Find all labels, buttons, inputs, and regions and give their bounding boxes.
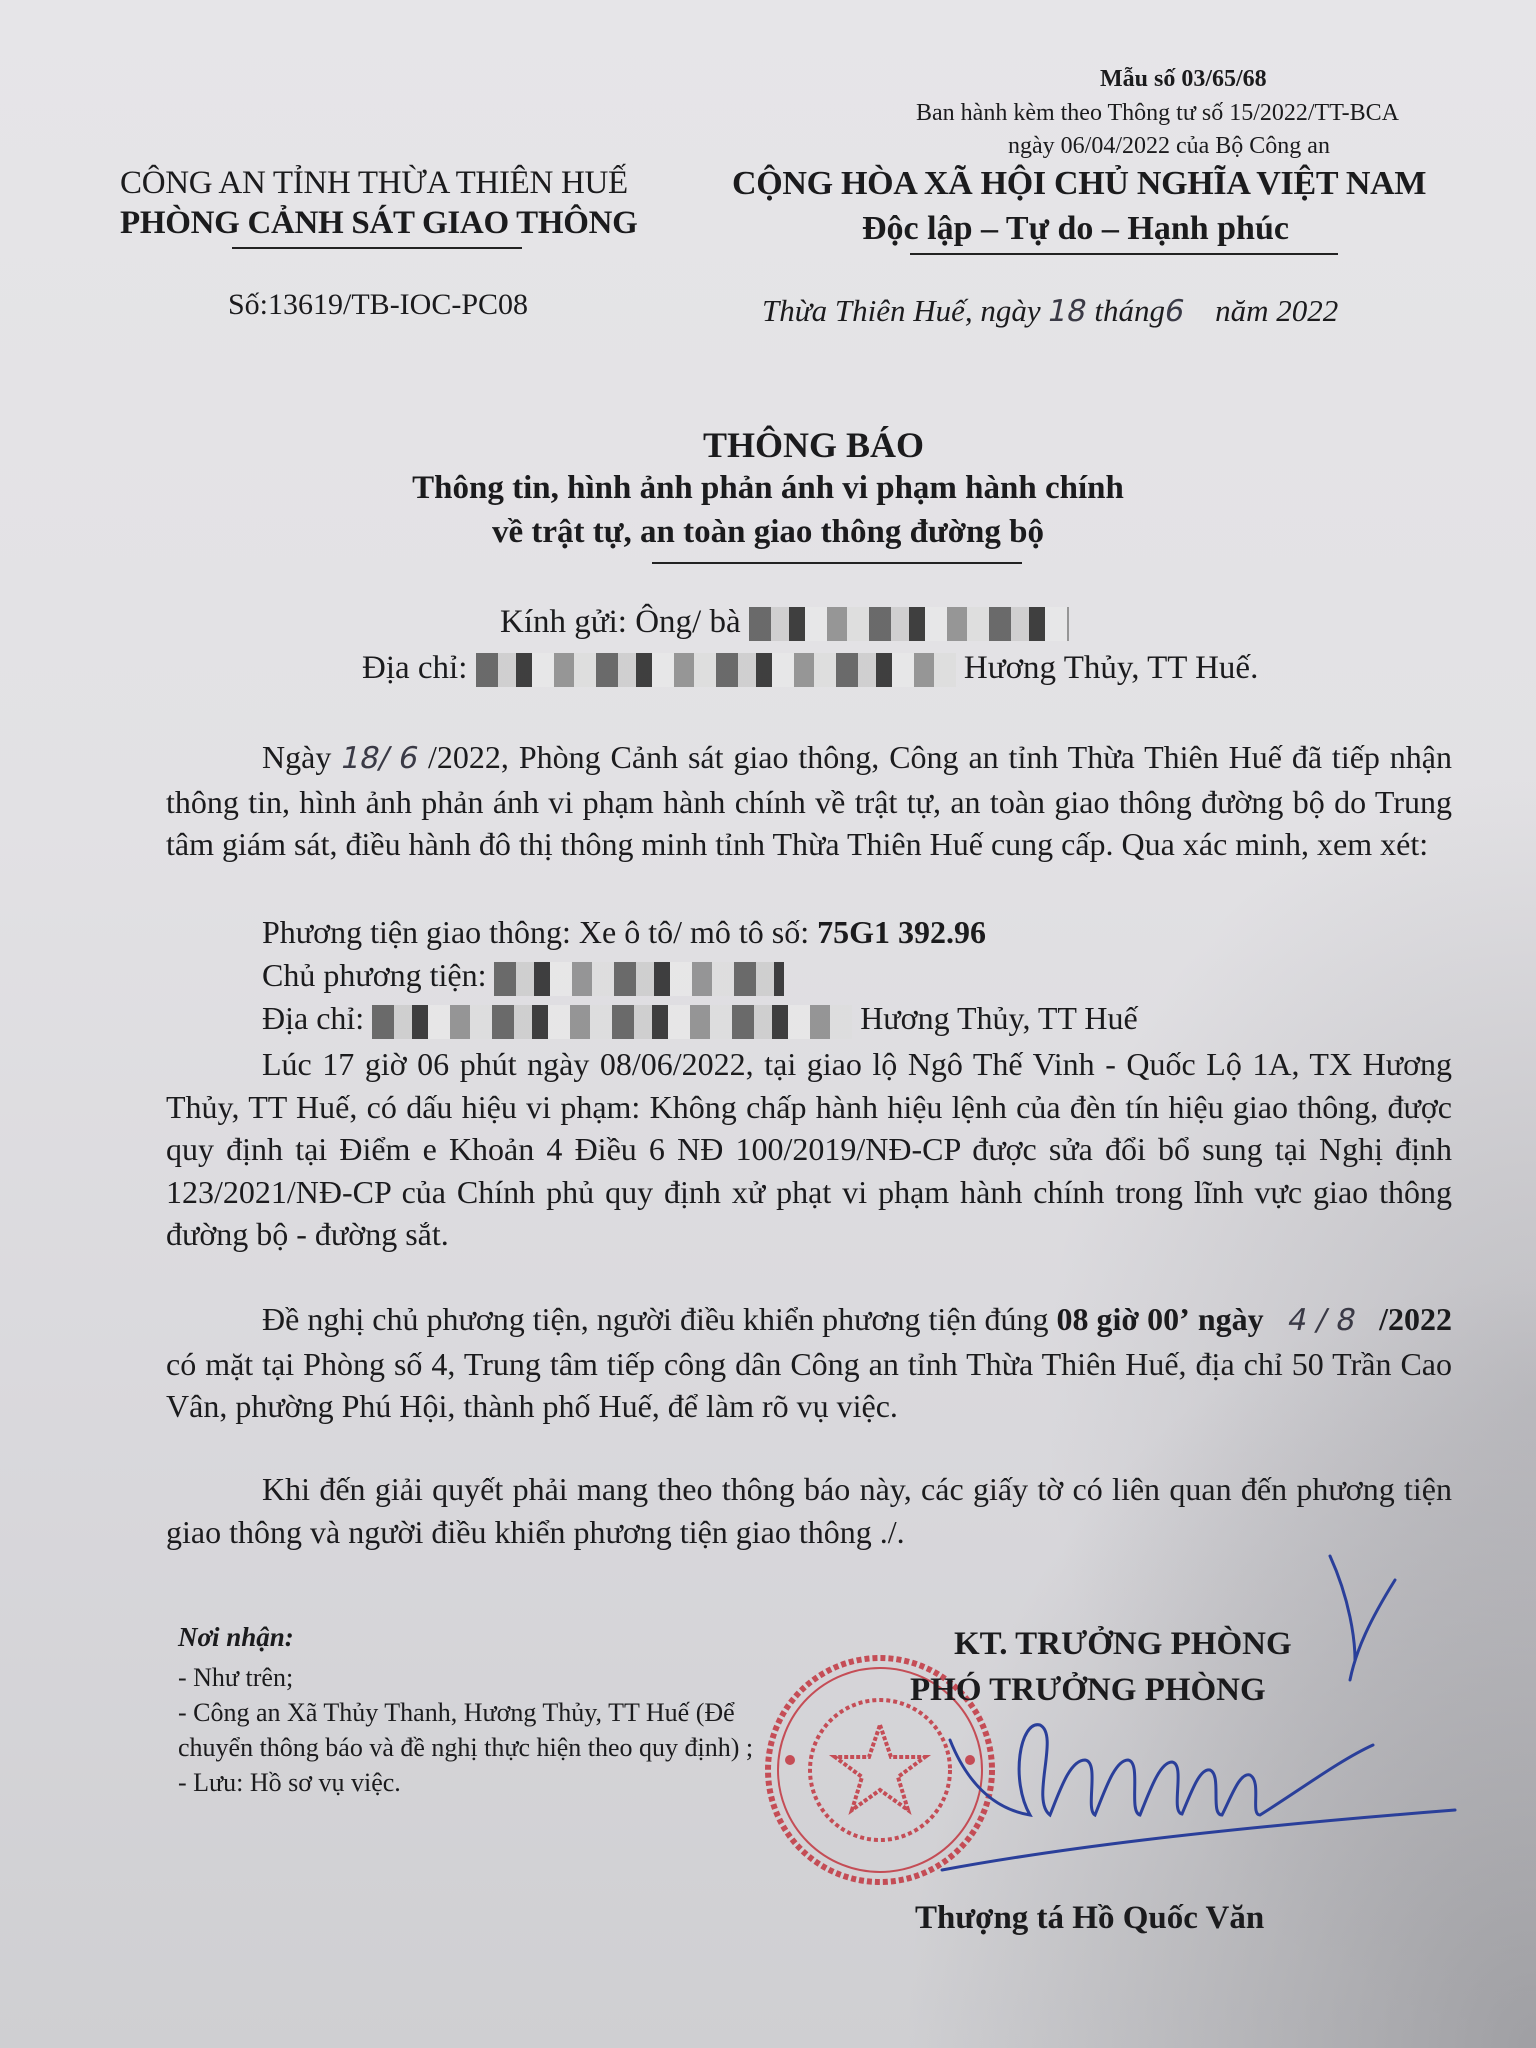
request-year: /2022 [1379,1301,1452,1337]
recipient-name-redacted [749,607,1069,641]
vehicle-plate: 75G1 392.96 [817,914,986,950]
recipient-address-line: Địa chỉ: Hương Thủy, TT Huế. [362,650,1258,687]
form-issued-with: Ban hành kèm theo Thông tư số 15/2022/TT… [916,100,1399,127]
received-prefix: Ngày [262,739,331,775]
recipient-label: Kính gửi: Ông/ bà [500,604,741,640]
notice-subtitle-1: Thông tin, hình ảnh phản ánh vi phạm hàn… [0,470,1536,507]
signature-title-line2: PHÓ TRƯỞNG PHÒNG [910,1672,1266,1709]
request-text: có mặt tại Phòng số 4, Trung tâm tiếp cô… [166,1346,1452,1425]
year-label: năm 2022 [1215,293,1338,328]
paragraph-received: Ngày 18/ 6 /2022, Phòng Cảnh sát giao th… [166,736,1452,866]
recipient-line: Kính gửi: Ông/ bà [500,604,1069,641]
owner-name-redacted [494,962,784,996]
owner-address-redacted [372,1005,852,1039]
form-number: Mẫu số 03/65/68 [1100,66,1267,93]
document-number: Số:13619/TB-IOC-PC08 [228,288,528,322]
motto-divider [910,253,1338,255]
owner-label: Chủ phương tiện: [262,957,486,993]
request-prefix: Đề nghị chủ phương tiện, người điều khiể… [262,1301,1048,1337]
notice-title: THÔNG BÁO [0,424,1536,466]
owner-address-suffix: Hương Thủy, TT Huế [860,1000,1138,1036]
recipients-label: Nơi nhận: [178,1622,294,1653]
notice-subtitle-2: về trật tự, an toàn giao thông đường bộ [0,514,1536,551]
national-title: CỘNG HÒA XÃ HỘI CHỦ NGHĨA VIỆT NAM [732,165,1426,203]
place-and-date: Thừa Thiên Huế, ngày 18 tháng6 năm 2022 [762,293,1338,329]
handwritten-month: 6 [1161,294,1188,329]
vehicle-line: Phương tiện giao thông: Xe ô tô/ mô tô s… [166,914,1452,951]
recipient-address-label: Địa chỉ: [362,650,467,686]
national-motto: Độc lập – Tự do – Hạnh phúc [862,210,1289,248]
agency-divider [232,247,522,249]
request-day-label: ngày [1198,1301,1264,1337]
signature-title-line1: KT. TRƯỞNG PHÒNG [954,1626,1292,1663]
handwritten-received-date: 18/ 6 [337,738,423,781]
signer-name: Thượng tá Hồ Quốc Văn [915,1900,1264,1937]
recipients-list: - Như trên; - Công an Xã Thủy Thanh, Hươ… [178,1660,778,1800]
paragraph-request: Đề nghị chủ phương tiện, người điều khiể… [166,1298,1452,1428]
paragraph-closing: Khi đến giải quyết phải mang theo thông … [166,1468,1452,1553]
owner-address-line: Địa chỉ: Hương Thủy, TT Huế [166,1000,1452,1039]
signature-icon [942,1556,1455,1870]
owner-address-label: Địa chỉ: [262,1000,364,1036]
month-label: tháng [1094,293,1165,328]
owner-line: Chủ phương tiện: [166,957,1452,996]
place-label: Thừa Thiên Huế, ngày [762,293,1041,328]
handwritten-day: 18 [1045,294,1091,329]
handwritten-appointment-date: 4 / 8 [1283,1300,1359,1343]
vehicle-label: Phương tiện giao thông: Xe ô tô/ mô tô s… [262,914,809,950]
recipient-item: - Công an Xã Thủy Thanh, Hương Thủy, TT … [178,1695,778,1765]
recipient-item: - Như trên; [178,1660,778,1695]
violation-text: Lúc 17 giờ 06 phút ngày 08/06/2022, tại … [166,1046,1452,1252]
request-time: 08 giờ 00’ [1057,1301,1190,1337]
agency-name: PHÒNG CẢNH SÁT GIAO THÔNG [120,205,638,242]
agency-parent: CÔNG AN TỈNH THỪA THIÊN HUẾ [120,165,628,202]
title-divider [652,562,1022,564]
closing-text: Khi đến giải quyết phải mang theo thông … [166,1471,1452,1550]
recipient-item: - Lưu: Hồ sơ vụ việc. [178,1765,778,1800]
paragraph-violation: Lúc 17 giờ 06 phút ngày 08/06/2022, tại … [166,1043,1452,1256]
form-issued-date: ngày 06/04/2022 của Bộ Công an [1008,133,1330,160]
recipient-address-suffix: Hương Thủy, TT Huế. [964,650,1258,686]
recipient-address-redacted [476,653,956,687]
